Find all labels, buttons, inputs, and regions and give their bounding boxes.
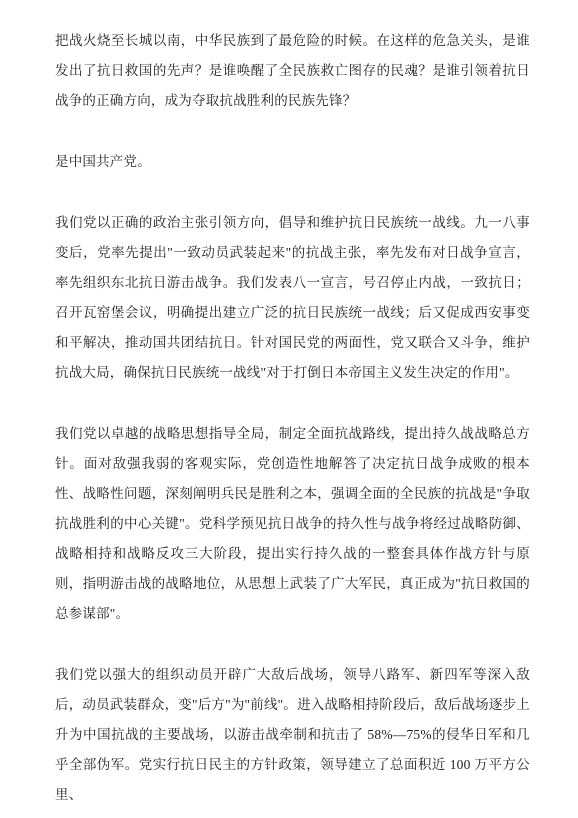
paragraph-political-leadership-united-front: 我们党以正确的政治主张引领方向，倡导和维护抗日民族统一战线。九一八事变后，党率先… <box>55 208 530 388</box>
document-page: 把战火烧至长城以南，中华民族到了最危险的时候。在这样的危急关头，是谁发出了抗日救… <box>0 0 578 818</box>
paragraph-war-crisis-question: 把战火烧至长城以南，中华民族到了最危险的时候。在这样的危急关头，是谁发出了抗日救… <box>55 26 530 116</box>
paragraph-behind-enemy-lines-battlefield: 我们党以强大的组织动员开辟广大敌后战场，领导八路军、新四军等深入敌后，动员武装群… <box>55 660 530 810</box>
paragraph-answer-ccp: 是中国共产党。 <box>55 147 530 177</box>
paragraph-strategic-thought-protracted-war: 我们党以卓越的战略思想指导全局，制定全面抗战路线，提出持久战战略总方针。面对敌强… <box>55 419 530 629</box>
